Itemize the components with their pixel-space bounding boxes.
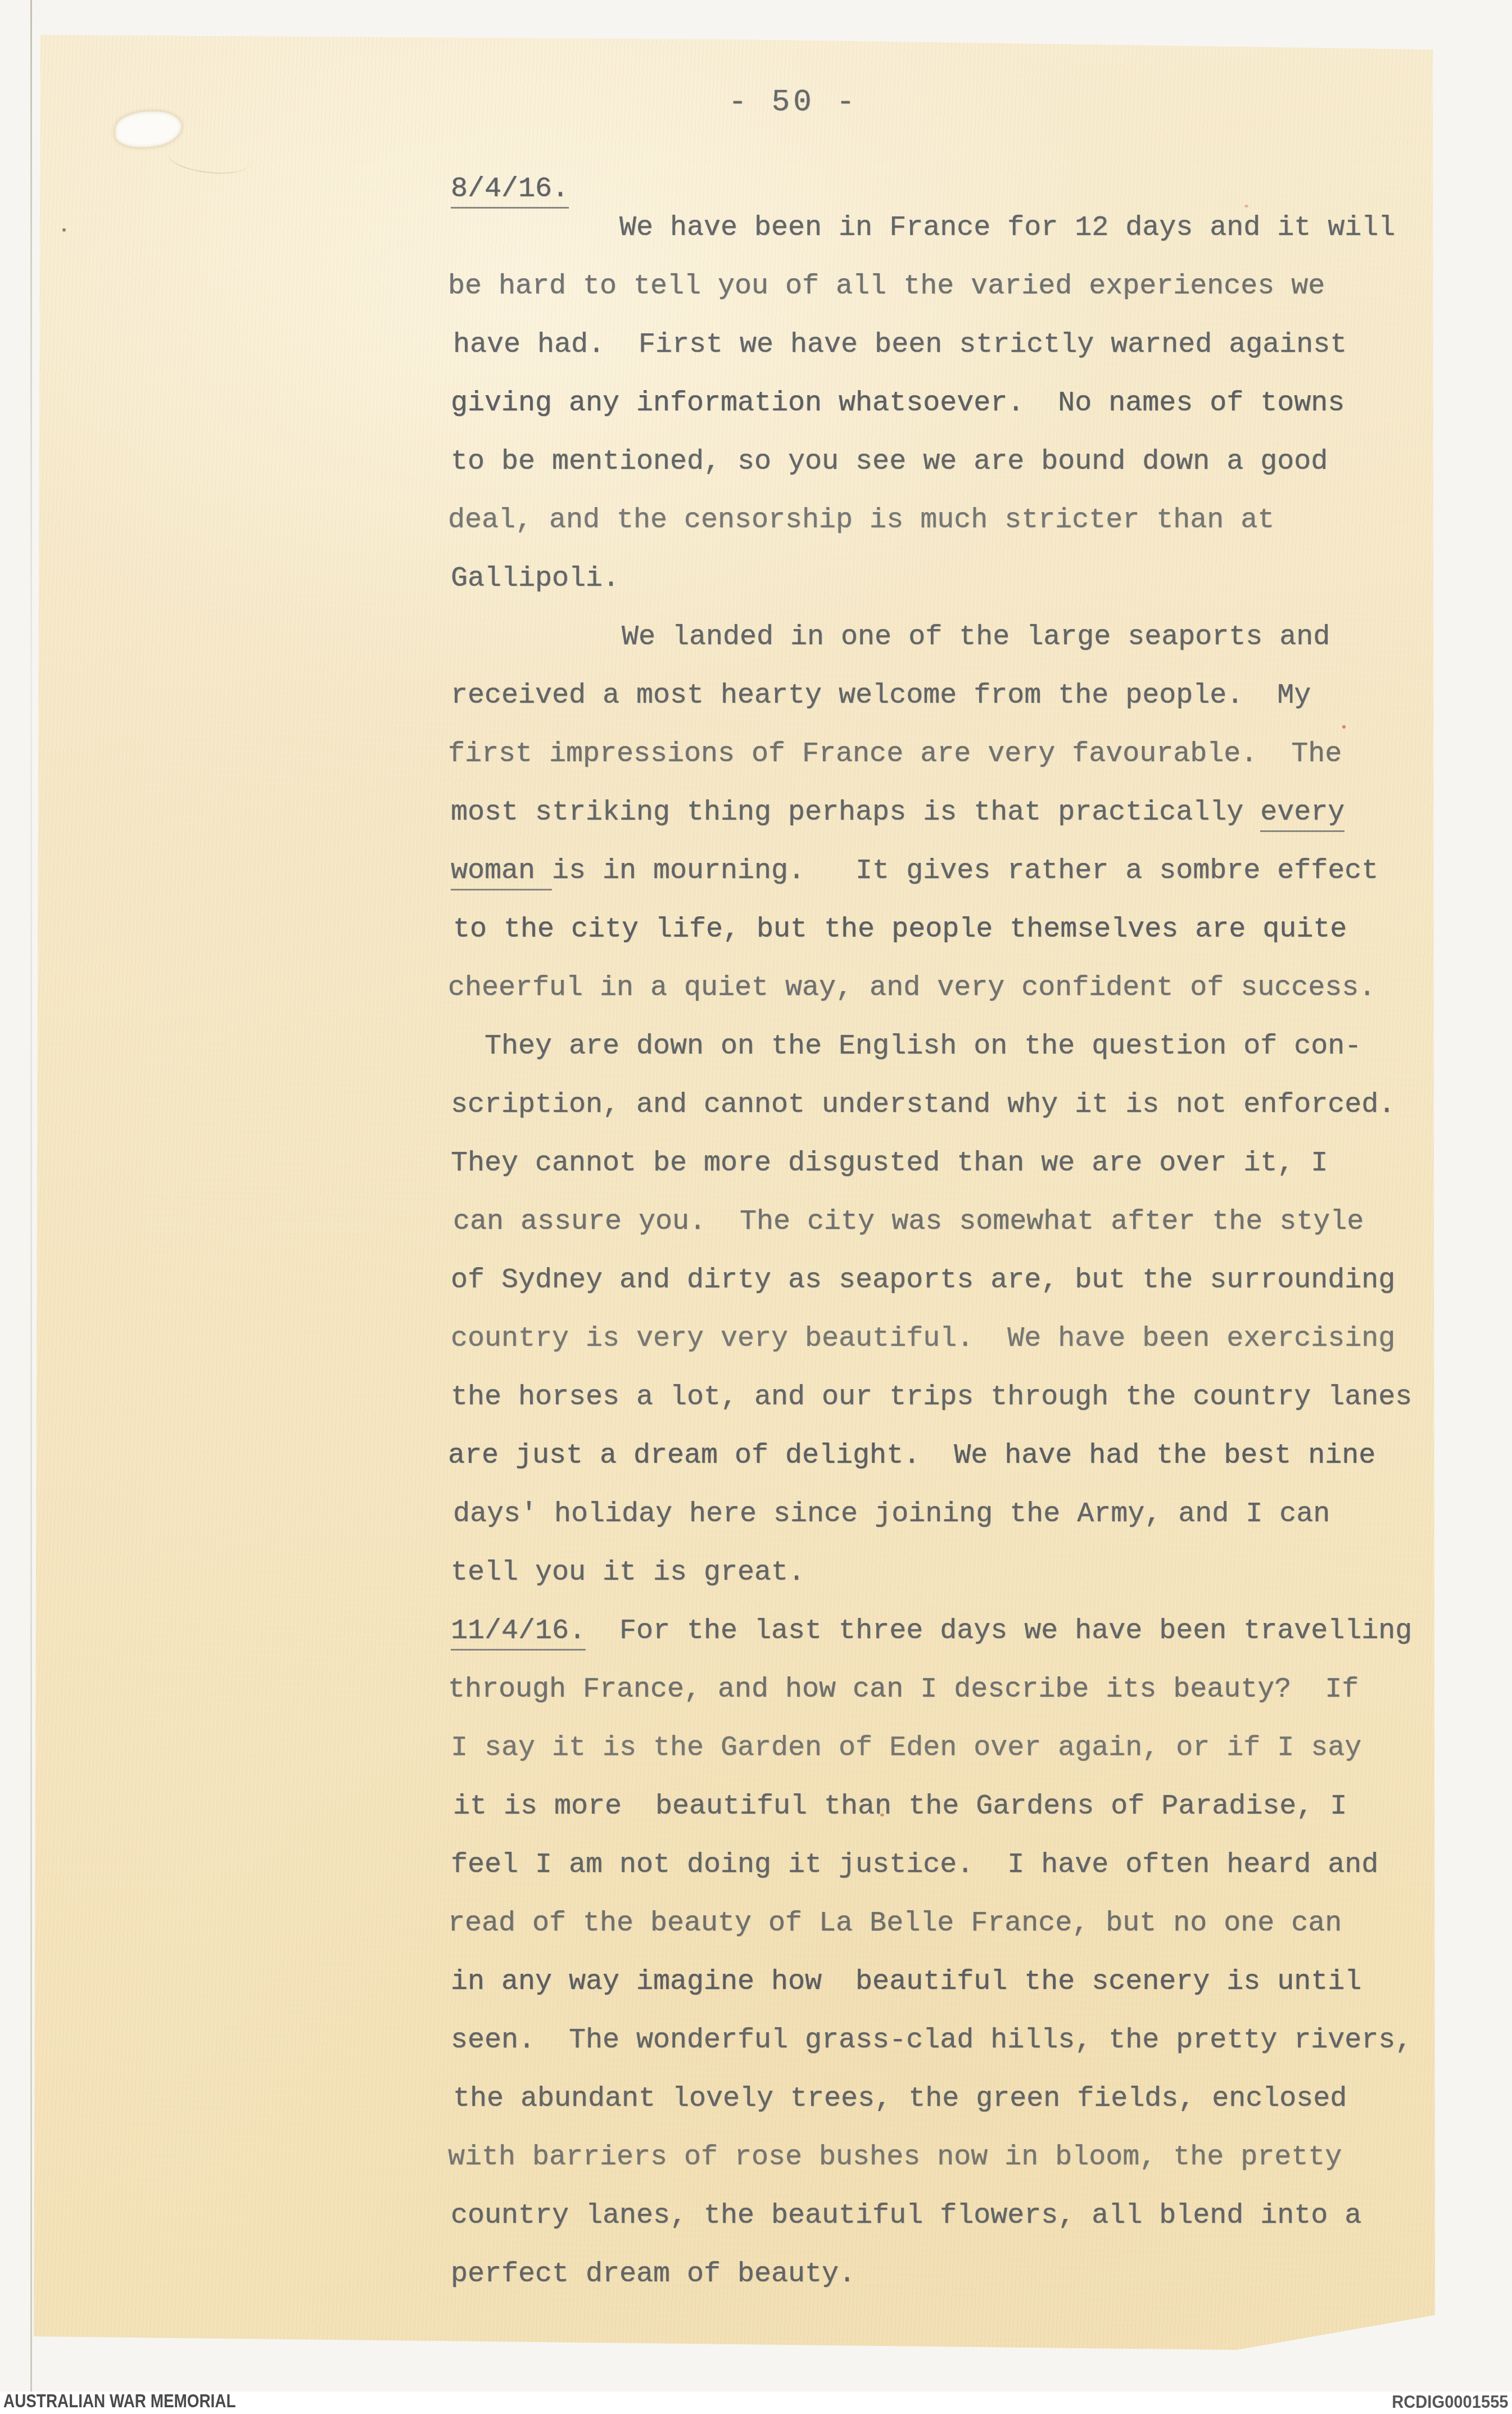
typed-text: feel I am not doing it justice. I have o… [451,1849,1378,1881]
typed-line: perfect dream of beauty. [451,2245,1463,2304]
typed-body: We have been in France for 12 days and i… [451,199,1463,2304]
typed-line: They cannot be more disgusted than we ar… [451,1134,1463,1193]
typed-line: have had. First we have been strictly wa… [453,316,1465,374]
typed-text: They cannot be more disgusted than we ar… [451,1147,1328,1179]
typed-line: to be mentioned, so you see we are bound… [451,433,1463,491]
typed-text: country lanes, the beautiful flowers, al… [451,2200,1361,2232]
typed-text: through France, and how can I describe i… [448,1674,1359,1706]
underlined-text: woman [451,855,552,890]
typed-text: deal, and the censorship is much stricte… [448,504,1274,536]
typed-line: giving any information whatsoever. No na… [451,374,1463,433]
typed-line: first impressions of France are very fav… [448,725,1460,784]
paper-speck [62,228,66,232]
typed-line: with barriers of rose bushes now in bloo… [448,2128,1460,2187]
typed-text: received a most hearty welcome from the … [451,680,1311,712]
typed-text: scription, and cannot understand why it … [451,1089,1395,1121]
typed-text: of Sydney and dirty as seaports are, but… [451,1264,1395,1296]
typed-line: can assure you. The city was somewhat af… [453,1193,1465,1251]
typed-text: the abundant lovely trees, the green fie… [453,2083,1347,2115]
typed-line: feel I am not doing it justice. I have o… [451,1836,1463,1895]
typed-text: I say it is the Garden of Eden over agai… [451,1732,1361,1764]
typed-line: received a most hearty welcome from the … [451,667,1463,725]
typed-line: We have been in France for 12 days and i… [451,199,1463,257]
typed-text: Gallipoli. [451,563,619,595]
typed-line: most striking thing perhaps is that prac… [451,784,1463,842]
paper-speck [1076,35,1081,37]
typed-line: it is more beautiful than the Gardens of… [453,1778,1465,1836]
typed-text: can assure you. The city was somewhat af… [453,1206,1364,1238]
typed-text: cheerful in a quiet way, and very confid… [448,972,1375,1004]
typed-line: days' holiday here since joining the Arm… [453,1485,1465,1544]
typed-text: tell you it is great. [451,1557,805,1589]
typed-line: read of the beauty of La Belle France, b… [448,1895,1460,1953]
typed-text: perfect dream of beauty. [451,2258,855,2290]
typed-line: scription, and cannot understand why it … [451,1076,1463,1134]
typed-text: first impressions of France are very fav… [448,738,1342,770]
typed-line: They are down on the English on the ques… [451,1018,1463,1076]
image-id: RCDIG0001555 [1392,2392,1509,2412]
page-number: - 50 - [728,85,858,120]
typed-text: They are down on the English on the ques… [451,1030,1361,1063]
footer-bar: AUSTRALIAN WAR MEMORIAL RCDIG0001555 [0,2392,1512,2414]
typed-line: We landed in one of the large seaports a… [453,608,1465,667]
scanner-edge-line [30,0,32,2393]
typed-line: the abundant lovely trees, the green fie… [453,2070,1465,2128]
typed-text: to the city life, but the people themsel… [453,914,1347,946]
typed-line: cheerful in a quiet way, and very confid… [448,959,1460,1018]
typed-line: woman is in mourning. It gives rather a … [451,842,1463,901]
typed-line: be hard to tell you of all the varied ex… [448,257,1460,316]
awm-watermark: AUSTRALIAN WAR MEMORIAL [3,2390,236,2412]
typed-line: in any way imagine how beautiful the sce… [451,1953,1463,2011]
typed-line: to the city life, but the people themsel… [453,901,1465,959]
typed-text: are just a dream of delight. We have had… [448,1440,1375,1472]
underlined-text: 11/4/16. [451,1615,586,1651]
typed-text: it is more beautiful than the Gardens of… [453,1791,1347,1823]
typed-text: seen. The wonderful grass-clad hills, th… [451,2024,1412,2056]
typed-text: be hard to tell you of all the varied ex… [448,270,1325,302]
paper-crease [166,130,256,184]
typed-line: country is very very beautiful. We have … [451,1310,1463,1368]
typed-text: read of the beauty of La Belle France, b… [448,1907,1342,1940]
typed-text: giving any information whatsoever. No na… [451,387,1344,419]
typed-text: have had. First we have been strictly wa… [453,329,1347,361]
typed-text: For the last three days we have been tra… [586,1615,1412,1647]
typed-text: days' holiday here since joining the Arm… [453,1498,1330,1530]
typed-text: with barriers of rose bushes now in bloo… [448,2141,1342,2173]
underlined-text: every [1260,797,1344,832]
typed-text: country is very very beautiful. We have … [451,1323,1395,1355]
paper-sheet: - 50 - 8/4/16. We have been in France fo… [0,0,1512,2414]
typed-line: through France, and how can I describe i… [448,1661,1460,1719]
typed-text: most striking thing perhaps is that prac… [451,797,1260,829]
typed-line: Gallipoli. [451,550,1463,608]
typed-text: We have been in France for 12 days and i… [451,212,1395,244]
typed-text: We landed in one of the large seaports a… [453,621,1330,653]
typed-line: country lanes, the beautiful flowers, al… [451,2187,1463,2245]
typed-text: the horses a lot, and our trips through … [451,1381,1412,1413]
typed-line: are just a dream of delight. We have had… [448,1427,1460,1485]
typed-text: to be mentioned, so you see we are bound… [451,446,1328,478]
scan-background: { "page_number": "- 50 -", "colors": { "… [0,0,1512,2414]
typed-line: I say it is the Garden of Eden over agai… [451,1719,1463,1778]
typed-line: deal, and the censorship is much stricte… [448,491,1460,550]
typed-line: tell you it is great. [451,1544,1463,1602]
typed-line: seen. The wonderful grass-clad hills, th… [451,2011,1463,2070]
typed-line: 11/4/16. For the last three days we have… [451,1602,1463,1661]
typed-line: of Sydney and dirty as seaports are, but… [451,1251,1463,1310]
typed-text: in any way imagine how beautiful the sce… [451,1966,1361,1998]
typed-line: the horses a lot, and our trips through … [451,1368,1463,1427]
typed-text: is in mourning. It gives rather a sombre… [552,855,1378,887]
